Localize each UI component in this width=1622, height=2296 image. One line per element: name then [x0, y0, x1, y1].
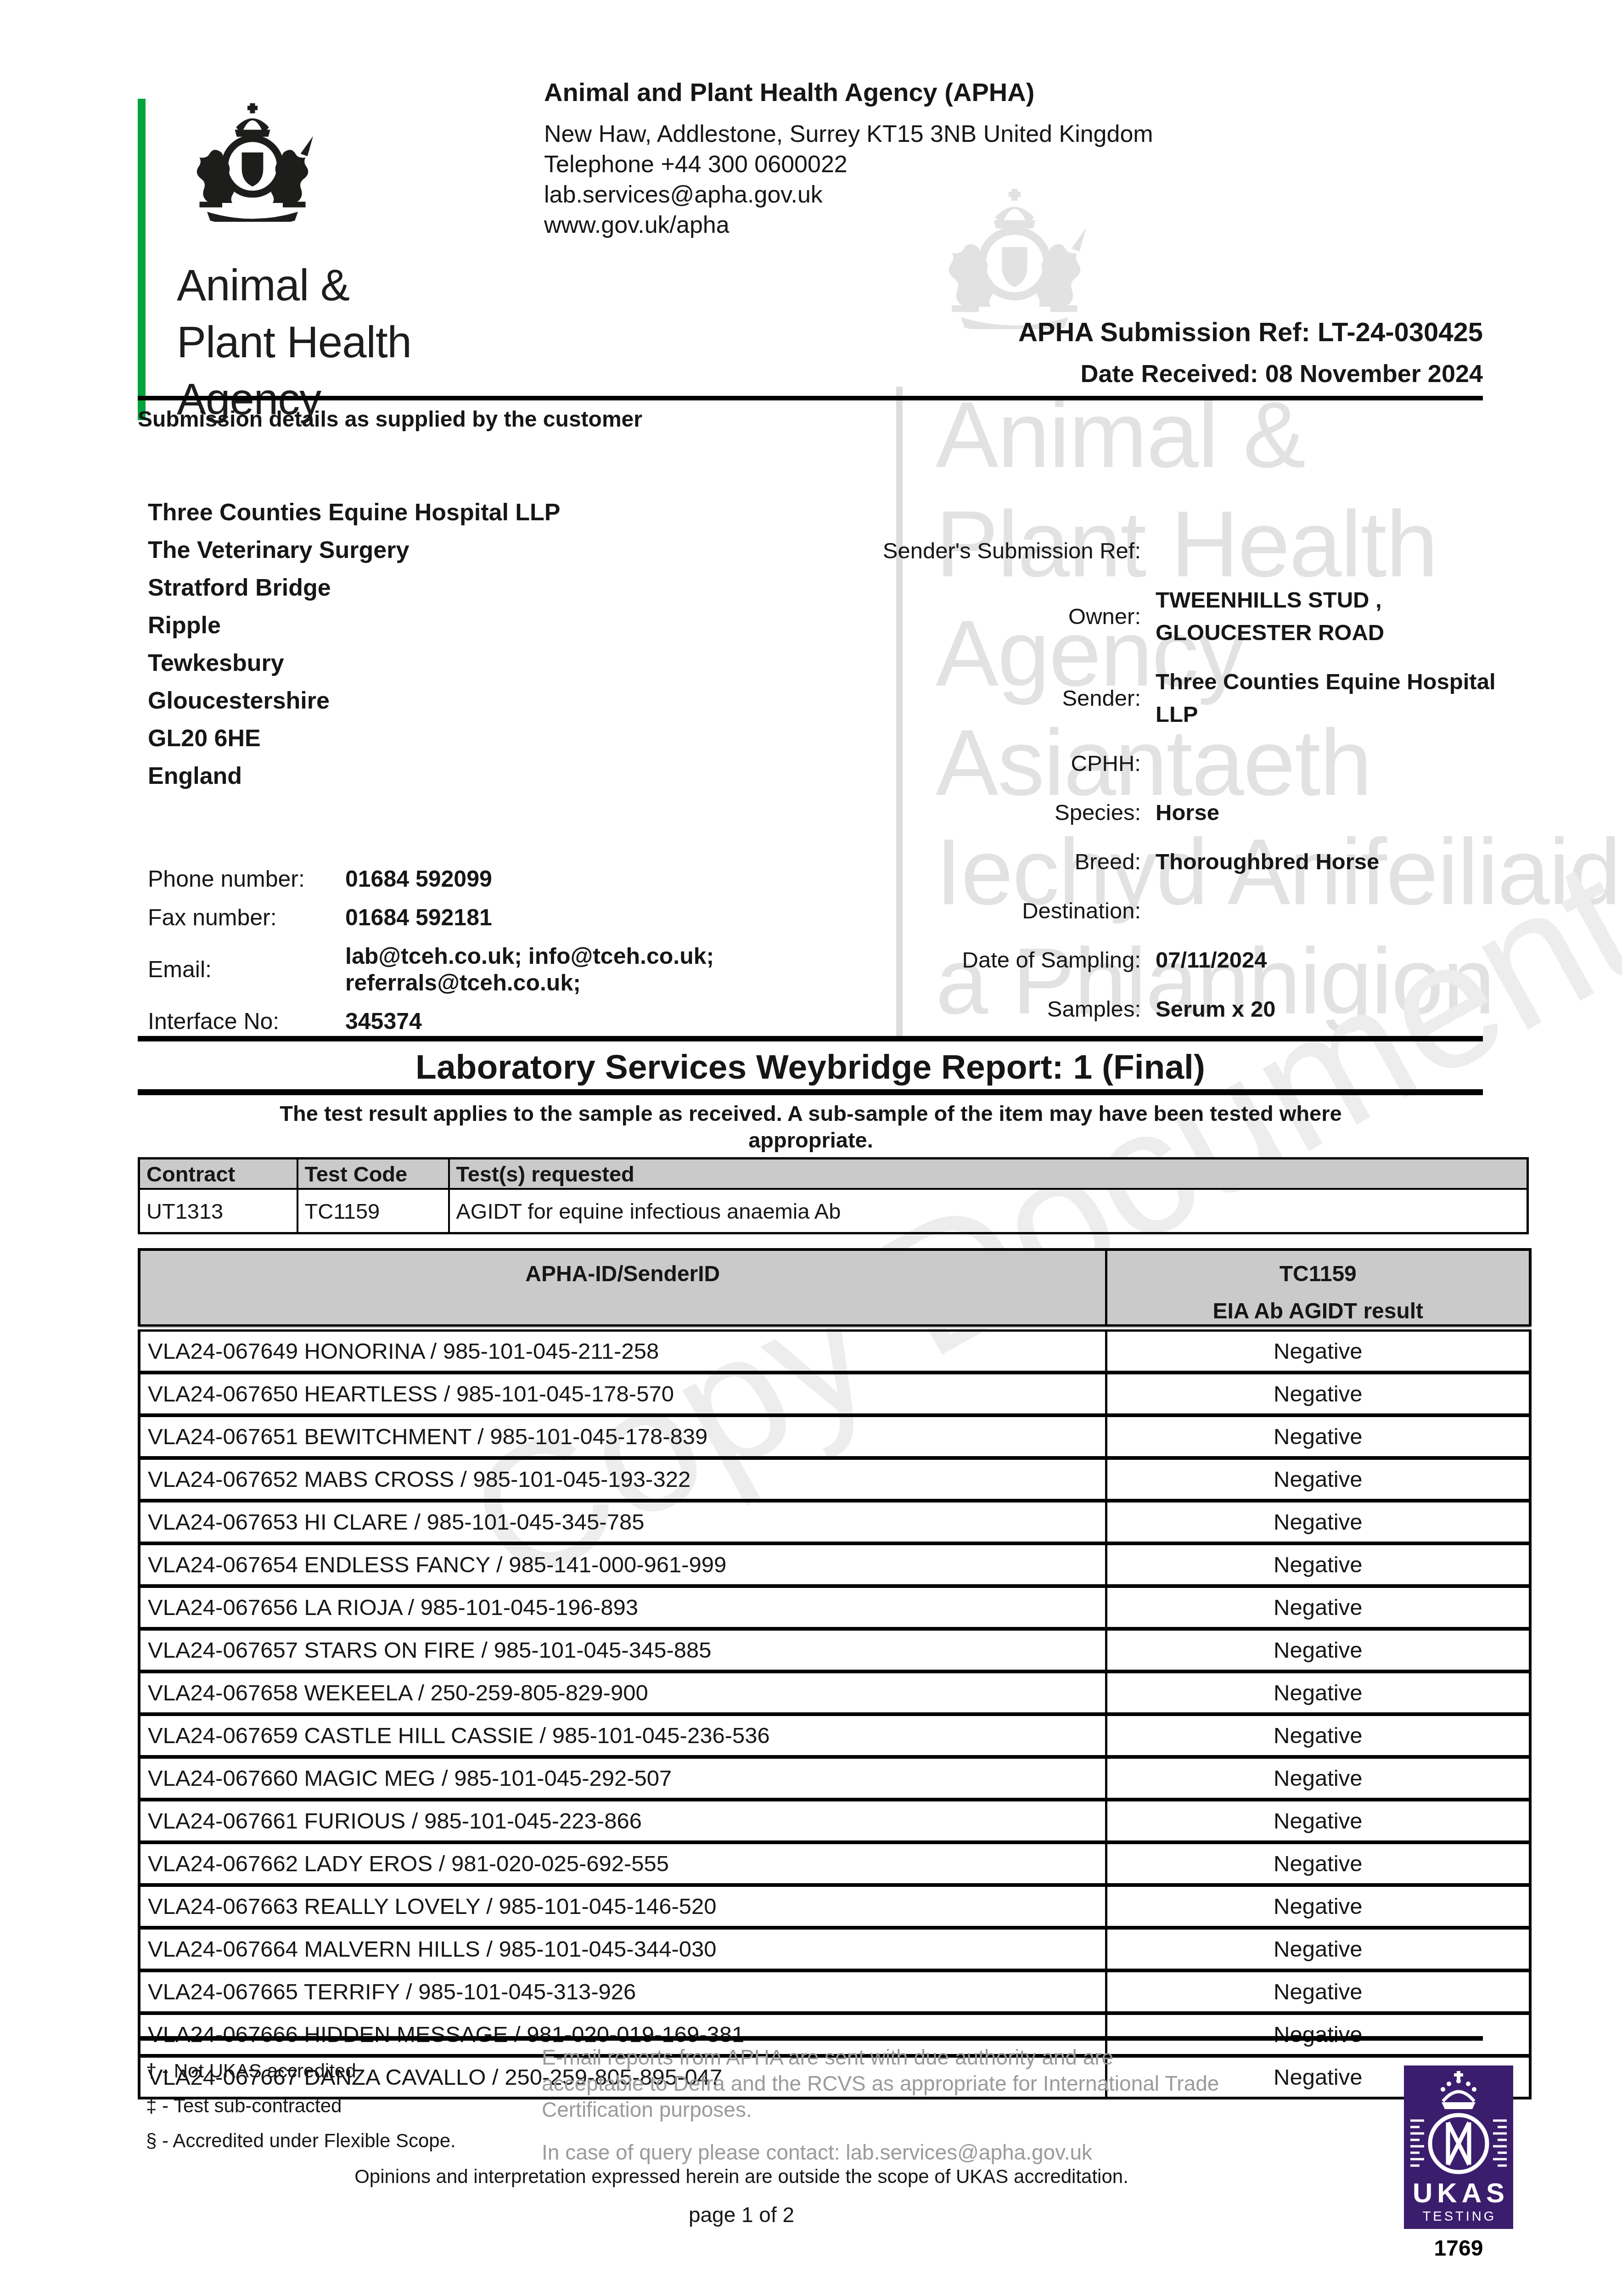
result-cell: Negative — [1106, 1928, 1530, 1970]
table-row: VLA24-067664 MALVERN HILLS / 985-101-045… — [139, 1928, 1530, 1970]
contact-value: 01684 592181 — [345, 904, 878, 931]
address-line: GL20 6HE — [148, 720, 561, 757]
ukas-number: 1769 — [1404, 2236, 1513, 2261]
contract-header-row: Contract Test Code Test(s) requested — [139, 1159, 1528, 1189]
result-cell: Negative — [1106, 1501, 1530, 1543]
table-row: VLA24-067665 TERRIFY / 985-101-045-313-9… — [139, 1970, 1530, 2013]
header-block: Animal and Plant Health Agency (APHA) Ne… — [544, 77, 1444, 240]
contact-value: 345374 — [345, 1008, 878, 1035]
results-body: VLA24-067649 HONORINA / 985-101-045-211-… — [139, 1328, 1530, 2098]
sample-id-cell: VLA24-067654 ENDLESS FANCY / 985-141-000… — [139, 1543, 1106, 1586]
sample-id-cell: VLA24-067659 CASTLE HILL CASSIE / 985-10… — [139, 1714, 1106, 1757]
sample-id-cell: VLA24-067653 HI CLARE / 985-101-045-345-… — [139, 1501, 1106, 1543]
result-cell: Negative — [1106, 1671, 1530, 1714]
table-row: VLA24-067650 HEARTLESS / 985-101-045-178… — [139, 1373, 1530, 1415]
contact-value: lab@tceh.co.uk; info@tceh.co.uk; referra… — [345, 943, 878, 996]
result-type-label: EIA Ab AGIDT result — [1108, 1299, 1529, 1324]
contact-label: Interface No: — [148, 1008, 345, 1035]
tests-requested-value: AGIDT for equine infectious anaemia Ab — [449, 1189, 1528, 1233]
footer-query-note: In case of query please contact: lab.ser… — [542, 2139, 1258, 2166]
address-line: Three Counties Equine Hospital LLP — [148, 494, 561, 531]
result-cell: Negative — [1106, 1415, 1530, 1458]
table-row: VLA24-067662 LADY EROS / 981-020-025-692… — [139, 1842, 1530, 1885]
results-header-row: APHA-ID/SenderID TC1159 EIA Ab AGIDT res… — [139, 1249, 1530, 1328]
detail-value: 07/11/2024 — [1156, 944, 1555, 977]
result-cell: Negative — [1106, 1757, 1530, 1800]
detail-value: Thoroughbred Horse — [1156, 846, 1555, 878]
contact-grid: Phone number: 01684 592099 Fax number: 0… — [148, 866, 878, 1035]
detail-label: Breed: — [881, 846, 1141, 878]
header-telephone: Telephone +44 300 0600022 — [544, 149, 1444, 180]
header-rule — [138, 396, 1483, 400]
result-cell: Negative — [1106, 1629, 1530, 1671]
ukas-badge: UKAS TESTING 1769 — [1404, 2065, 1513, 2261]
table-row: VLA24-067653 HI CLARE / 985-101-045-345-… — [139, 1501, 1530, 1543]
table-row: VLA24-067657 STARS ON FIRE / 985-101-045… — [139, 1629, 1530, 1671]
address-line: Gloucestershire — [148, 682, 561, 720]
customer-address: Three Counties Equine Hospital LLPThe Ve… — [148, 494, 561, 795]
sample-id-cell: VLA24-067652 MABS CROSS / 985-101-045-19… — [139, 1458, 1106, 1501]
contract-header: Contract — [139, 1159, 297, 1189]
result-cell: Negative — [1106, 1800, 1530, 1842]
table-row: VLA24-067658 WEKEELA / 250-259-805-829-9… — [139, 1671, 1530, 1714]
address-line: Ripple — [148, 607, 561, 644]
logo-line: Animal & — [177, 257, 411, 314]
royal-crest-icon — [177, 102, 328, 222]
address-line: Tewkesbury — [148, 644, 561, 682]
opinions-note: Opinions and interpretation expressed he… — [0, 2166, 1483, 2188]
table-row: VLA24-067663 REALLY LOVELY / 985-101-045… — [139, 1885, 1530, 1928]
date-received: Date Received: 08 November 2024 — [1018, 360, 1483, 388]
address-line: England — [148, 757, 561, 795]
detail-label: Owner: — [881, 601, 1141, 633]
sample-id-cell: VLA24-067660 MAGIC MEG / 985-101-045-292… — [139, 1757, 1106, 1800]
accreditation-note-line: ‡ - Test sub-contracted — [146, 2088, 456, 2123]
sample-id-cell: VLA24-067651 BEWITCHMENT / 985-101-045-1… — [139, 1415, 1106, 1458]
submission-ref-block: APHA Submission Ref: LT-24-030425 Date R… — [1018, 317, 1483, 388]
logo-line: Plant Health — [177, 314, 411, 371]
table-row: VLA24-067652 MABS CROSS / 985-101-045-19… — [139, 1458, 1530, 1501]
contact-label: Phone number: — [148, 866, 345, 892]
table-row: VLA24-067656 LA RIOJA / 985-101-045-196-… — [139, 1586, 1530, 1629]
detail-value: Three Counties Equine Hospital LLP — [1156, 666, 1555, 731]
table-row: VLA24-067659 CASTLE HILL CASSIE / 985-10… — [139, 1714, 1530, 1757]
contract-value: UT1313 — [139, 1189, 297, 1233]
detail-label: Sender: — [881, 682, 1141, 715]
address-line: Stratford Bridge — [148, 569, 561, 607]
table-row: VLA24-067651 BEWITCHMENT / 985-101-045-1… — [139, 1415, 1530, 1458]
address-line: The Veterinary Surgery — [148, 531, 561, 569]
detail-value: Serum x 20 — [1156, 993, 1555, 1026]
table-row: VLA24-067660 MAGIC MEG / 985-101-045-292… — [139, 1757, 1530, 1800]
detail-label: Destination: — [881, 895, 1141, 928]
sample-id-cell: VLA24-067661 FURIOUS / 985-101-045-223-8… — [139, 1800, 1106, 1842]
result-cell: Negative — [1106, 1842, 1530, 1885]
ukas-name: UKAS — [1413, 2178, 1509, 2208]
footer-rule — [138, 2036, 1483, 2041]
table-row: VLA24-067649 HONORINA / 985-101-045-211-… — [139, 1328, 1530, 1373]
results-table: APHA-ID/SenderID TC1159 EIA Ab AGIDT res… — [138, 1248, 1532, 2099]
contact-label: Email: — [148, 956, 345, 983]
footer-email-note-block: E-mail reports from APHA are sent with d… — [542, 2044, 1258, 2166]
contact-label: Fax number: — [148, 904, 345, 931]
header-email: lab.services@apha.gov.uk — [544, 180, 1444, 210]
page-number: page 1 of 2 — [0, 2202, 1483, 2227]
detail-value: TWEENHILLS STUD , GLOUCESTER ROAD — [1156, 584, 1555, 649]
sample-id-cell: VLA24-067650 HEARTLESS / 985-101-045-178… — [139, 1373, 1106, 1415]
footer-email-note: E-mail reports from APHA are sent with d… — [542, 2044, 1258, 2123]
apha-id-header: APHA-ID/SenderID — [139, 1249, 1106, 1328]
detail-label: Samples: — [881, 993, 1141, 1026]
sample-id-cell: VLA24-067656 LA RIOJA / 985-101-045-196-… — [139, 1586, 1106, 1629]
result-cell: Negative — [1106, 1586, 1530, 1629]
header-website: www.gov.uk/apha — [544, 210, 1444, 240]
sample-id-cell: VLA24-067662 LADY EROS / 981-020-025-692… — [139, 1842, 1106, 1885]
apha-submission-ref: APHA Submission Ref: LT-24-030425 — [1018, 317, 1483, 348]
accreditation-note-line: § - Accredited under Flexible Scope. — [146, 2123, 456, 2158]
result-cell: Negative — [1106, 1458, 1530, 1501]
apha-id-header-label: APHA-ID/SenderID — [141, 1251, 1105, 1287]
accreditation-notes: † - Not UKAS accredited‡ - Test sub-cont… — [146, 2054, 456, 2158]
sample-id-cell: VLA24-067658 WEKEELA / 250-259-805-829-9… — [139, 1671, 1106, 1714]
report-title: Laboratory Services Weybridge Report: 1 … — [138, 1047, 1483, 1086]
sample-id-cell: VLA24-067664 MALVERN HILLS / 985-101-045… — [139, 1928, 1106, 1970]
header-address: New Haw, Addlestone, Surrey KT15 3NB Uni… — [544, 119, 1444, 149]
sample-id-cell: VLA24-067657 STARS ON FIRE / 985-101-045… — [139, 1629, 1106, 1671]
detail-label: Species: — [881, 797, 1141, 829]
result-cell: Negative — [1106, 1373, 1530, 1415]
result-column-header: TC1159 EIA Ab AGIDT result — [1106, 1249, 1530, 1328]
lab-report-page: Animal &Plant HealthAgencyAsiantaethIech… — [0, 0, 1622, 2296]
table-row: VLA24-067661 FURIOUS / 985-101-045-223-8… — [139, 1800, 1530, 1842]
ukas-logo-icon: UKAS TESTING — [1404, 2065, 1513, 2229]
ukas-category: TESTING — [1423, 2209, 1497, 2224]
result-cell: Negative — [1106, 1970, 1530, 2013]
report-note: The test result applies to the sample as… — [264, 1100, 1357, 1154]
detail-value: Horse — [1156, 797, 1555, 829]
result-cell: Negative — [1106, 1885, 1530, 1928]
contract-table: Contract Test Code Test(s) requested UT1… — [138, 1157, 1529, 1234]
detail-label: CPHH: — [881, 748, 1141, 780]
section-title: Submission details as supplied by the cu… — [138, 407, 642, 432]
detail-label: Sender's Submission Ref: — [881, 535, 1141, 568]
apha-logo-wordmark: Animal &Plant HealthAgency — [177, 257, 411, 428]
details-grid: Sender's Submission Ref: Owner: TWEENHIL… — [881, 535, 1555, 1026]
result-cell: Negative — [1106, 1543, 1530, 1586]
detail-label: Date of Sampling: — [881, 944, 1141, 977]
sample-id-cell: VLA24-067649 HONORINA / 985-101-045-211-… — [139, 1328, 1106, 1373]
table-row: VLA24-067654 ENDLESS FANCY / 985-141-000… — [139, 1543, 1530, 1586]
report-title-rule-bottom — [138, 1089, 1483, 1095]
sample-id-cell: VLA24-067665 TERRIFY / 985-101-045-313-9… — [139, 1970, 1106, 2013]
accreditation-note-line: † - Not UKAS accredited — [146, 2054, 456, 2088]
test-code-value: TC1159 — [297, 1189, 449, 1233]
logo-green-bar — [138, 99, 146, 420]
sample-id-cell: VLA24-067663 REALLY LOVELY / 985-101-045… — [139, 1885, 1106, 1928]
test-code-label: TC1159 — [1108, 1251, 1529, 1287]
result-cell: Negative — [1106, 1328, 1530, 1373]
test-code-header: Test Code — [297, 1159, 449, 1189]
contact-value: 01684 592099 — [345, 866, 878, 892]
header-org-title: Animal and Plant Health Agency (APHA) — [544, 77, 1444, 107]
tests-requested-header: Test(s) requested — [449, 1159, 1528, 1189]
report-title-rule-top — [138, 1036, 1483, 1041]
contract-row: UT1313 TC1159 AGIDT for equine infectiou… — [139, 1189, 1528, 1233]
result-cell: Negative — [1106, 1714, 1530, 1757]
